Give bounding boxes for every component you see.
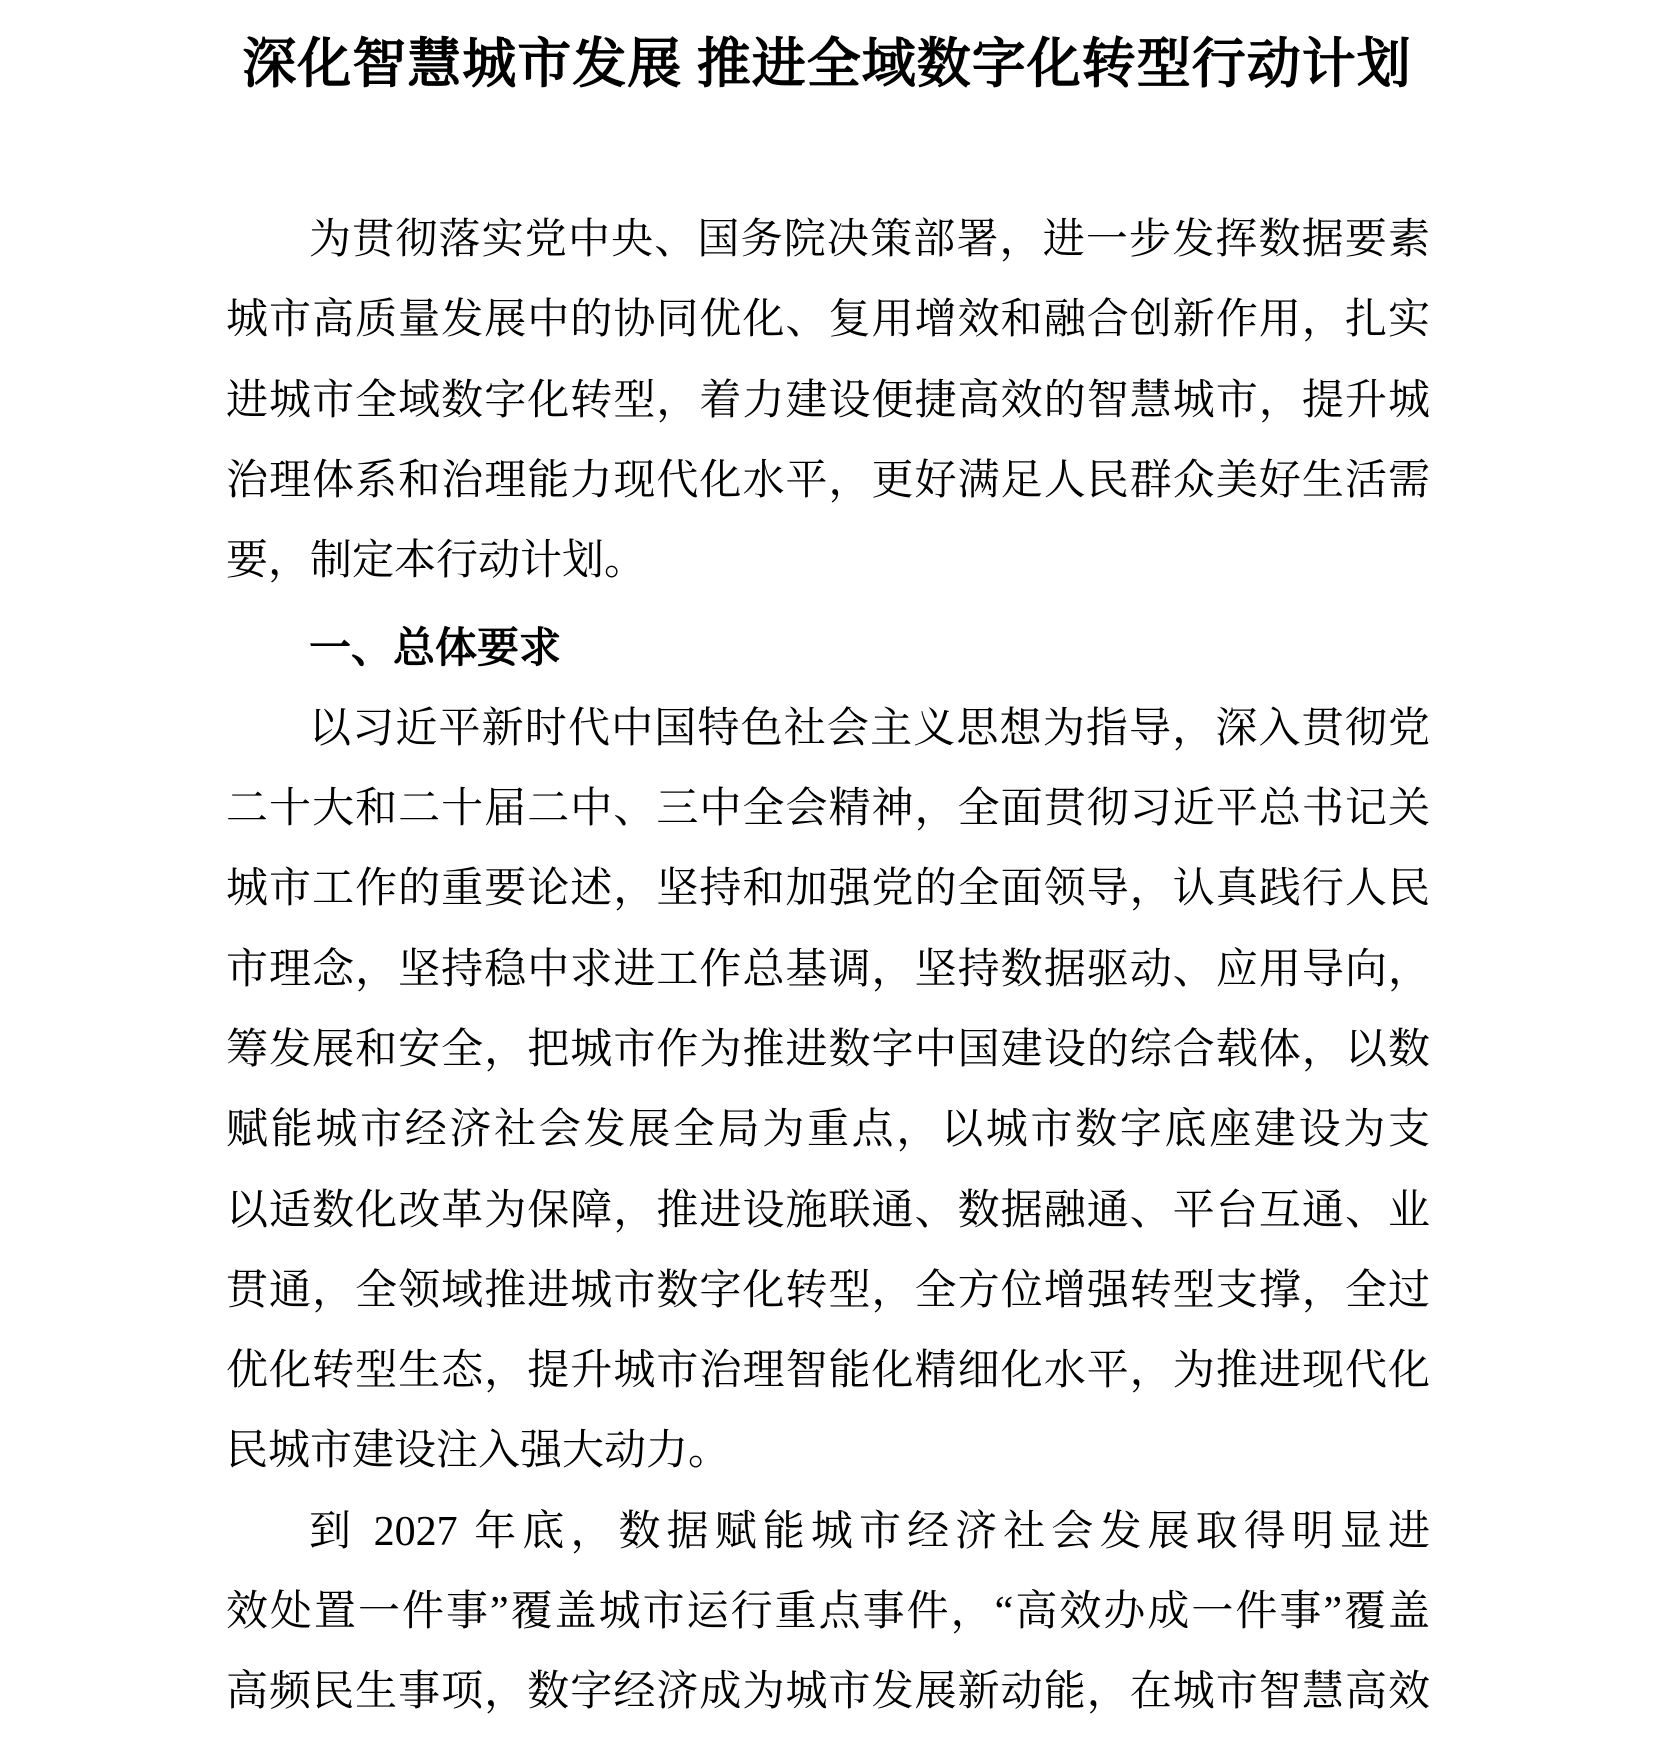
- document-line: 以习近平新时代中国特色社会主义思想为指导，深入贯彻党的: [226, 689, 1430, 769]
- document-line: 到 2027 年底，数据赋能城市经济社会发展取得明显进展，“高: [226, 1492, 1430, 1572]
- document-line: 市理念，坚持稳中求进工作总基调，坚持数据驱动、应用导向，统: [226, 930, 1430, 1010]
- document-line: 要，制定本行动计划。: [226, 521, 1430, 601]
- document-title: 深化智慧城市发展 推进全域数字化转型行动计划: [0, 30, 1654, 98]
- document-line: 为贯彻落实党中央、国务院决策部署，进一步发挥数据要素在: [226, 200, 1430, 280]
- document-line: 高频民生事项，数字经济成为城市发展新动能，在城市智慧高效治: [226, 1652, 1430, 1732]
- document-line: 民城市建设注入强大动力。: [226, 1411, 1430, 1491]
- document-line: 城市高质量发展中的协同优化、复用增效和融合创新作用，扎实推: [226, 280, 1430, 360]
- document-line: 效处置一件事”覆盖城市运行重点事件，“高效办成一件事”覆盖: [226, 1572, 1430, 1652]
- document-line: 进城市全域数字化转型，着力建设便捷高效的智慧城市，提升城市: [226, 361, 1430, 441]
- document-line: 赋能城市经济社会发展全局为重点，以城市数字底座建设为支撑，: [226, 1090, 1430, 1170]
- document-body: 为贯彻落实党中央、国务院决策部署，进一步发挥数据要素在城市高质量发展中的协同优化…: [226, 200, 1430, 1733]
- document-line: 二十大和二十届二中、三中全会精神，全面贯彻习近平总书记关于: [226, 769, 1430, 849]
- document-line: 筹发展和安全，把城市作为推进数字中国建设的综合载体，以数据: [226, 1010, 1430, 1090]
- document-page: 深化智慧城市发展 推进全域数字化转型行动计划 为贯彻落实党中央、国务院决策部署，…: [0, 0, 1654, 1757]
- document-line: 优化转型生态，提升城市治理智能化精细化水平，为推进现代化人: [226, 1331, 1430, 1411]
- document-line: 城市工作的重要论述，坚持和加强党的全面领导，认真践行人民城: [226, 849, 1430, 929]
- document-line: 治理体系和治理能力现代化水平，更好满足人民群众美好生活需: [226, 441, 1430, 521]
- section-heading: 一、总体要求: [226, 608, 1430, 688]
- document-line: 贯通，全领域推进城市数字化转型，全方位增强转型支撑，全过程: [226, 1251, 1430, 1331]
- document-line: 以适数化改革为保障，推进设施联通、数据融通、平台互通、业务: [226, 1171, 1430, 1251]
